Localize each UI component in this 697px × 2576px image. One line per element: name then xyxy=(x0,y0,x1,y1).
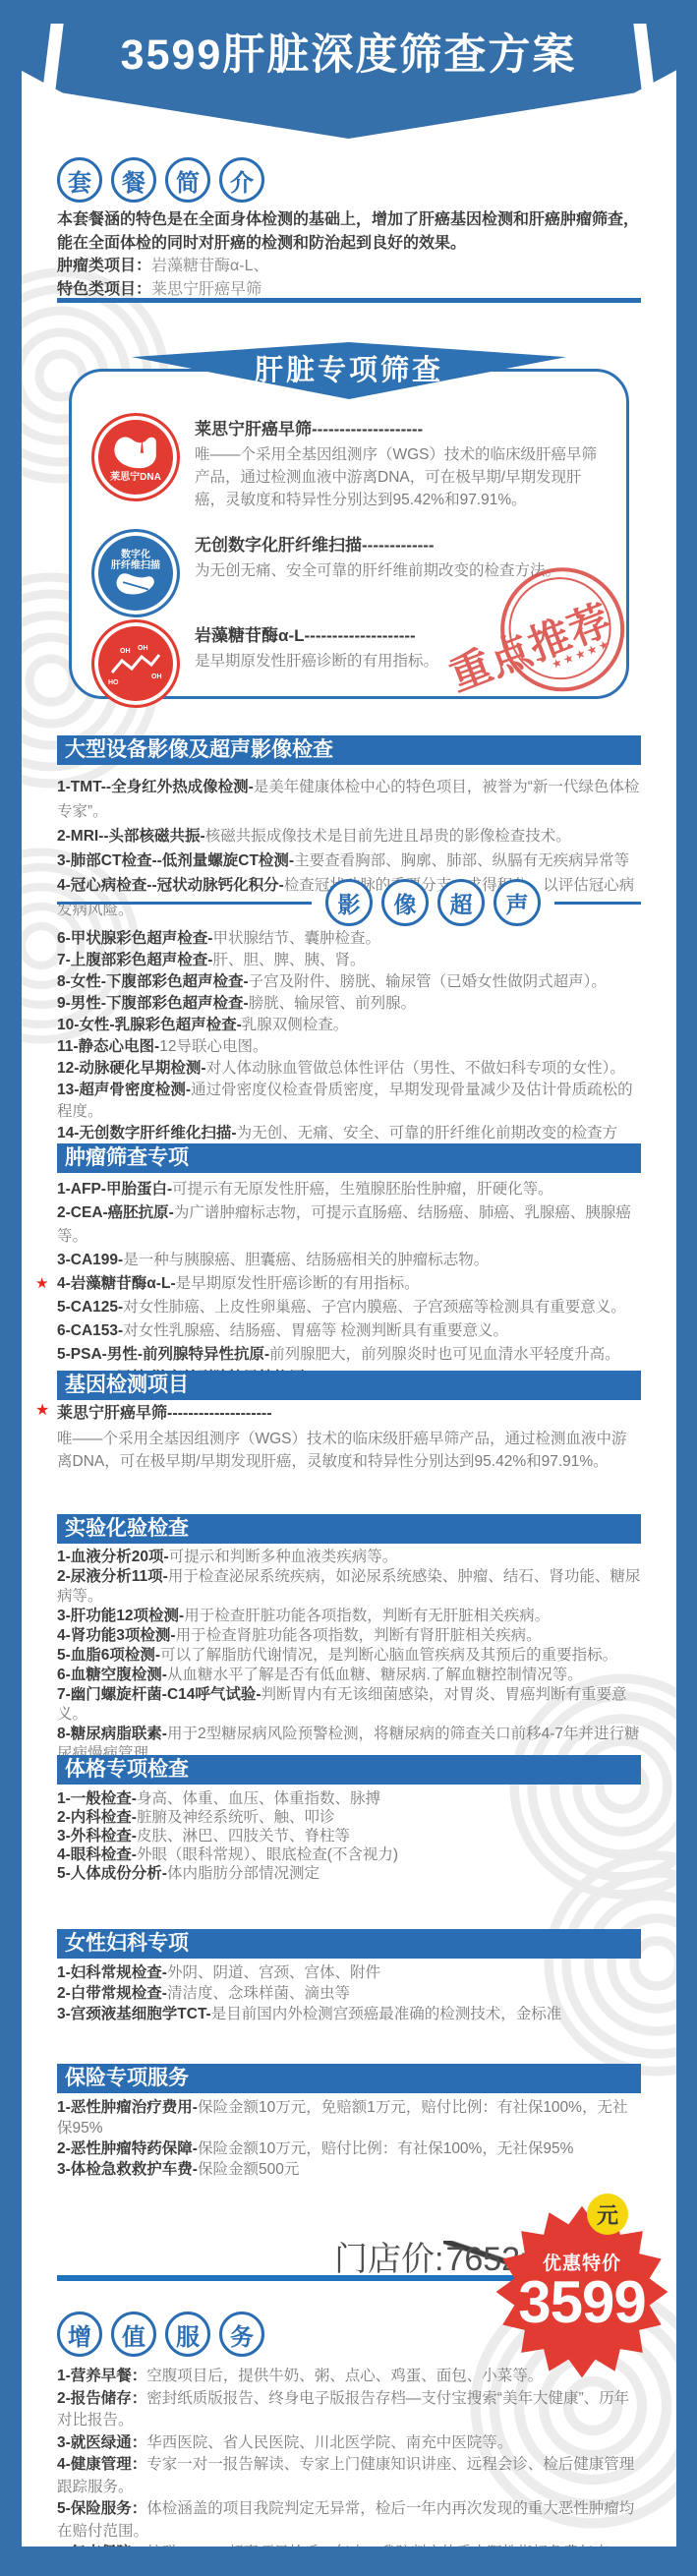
item-name: 4-眼科检查- xyxy=(57,1846,137,1863)
gene-heading: 莱思宁肝癌早筛-------------------- xyxy=(57,1405,272,1422)
item-name: 2-内科检查- xyxy=(57,1809,137,1826)
tumor-list: 1-AFP-甲胎蛋白-可提示有无原发性肝癌，生殖腺胚胎性肿瘤，肝硬化等。2-CE… xyxy=(57,1178,641,1390)
ultrasound-char-circle: 影 xyxy=(325,879,373,926)
item-name: 1-营养早餐： xyxy=(57,2368,146,2384)
svg-text:HO: HO xyxy=(108,679,119,686)
item-name: 5-保险服务： xyxy=(57,2500,146,2517)
liver-icon xyxy=(109,433,162,472)
list-item: 8-女性-下腹部彩色超声检查-子宫及附件、膀胱、输尿管（已婚女性做阴式超声）。 xyxy=(57,971,641,993)
item-description: 肝、胆、脾、胰、肾。 xyxy=(212,952,365,968)
list-item: 5-人体成份分析-体内脂肪分部情况测定 xyxy=(57,1864,641,1883)
item-name: 6-甲状腺彩色超声检查- xyxy=(57,930,212,947)
liver-item-text: 莱思宁肝癌早筛-------------------- 唯——个采用全基因组测序… xyxy=(195,413,603,511)
section-header-physical: 体格专项检查 xyxy=(57,1755,641,1785)
item-description: 前列腺肥大，前列腺炎时也可见血清水平轻度升高。 xyxy=(269,1346,620,1363)
tumor-items-label: 肿瘤类项目： xyxy=(57,258,151,274)
star-marker: ★ xyxy=(35,1400,49,1420)
item-description: 是早期原发性肝癌诊断的有用指标。 xyxy=(176,1275,420,1292)
list-item: 3-体检急救救护车费-保险金额500元 xyxy=(57,2159,641,2180)
intro-char-circle: 套 xyxy=(57,157,102,203)
value-added-char-circle: 服 xyxy=(165,2312,210,2357)
list-item: 4-健康管理：专家一对一报告解读、专家上门健康知识讲座、远程会诊、检后健康管理跟… xyxy=(57,2454,641,2498)
list-item: 7-上腹部彩色超声检查-肝、胆、脾、胰、肾。 xyxy=(57,950,641,971)
item-description: 从血糖水平了解是否有低血糖、糖尿病.了解血糖控制情况等。 xyxy=(167,1667,583,1683)
item-description: 甲状腺结节、囊肿检查。 xyxy=(212,930,380,947)
list-item: 1-AFP-甲胎蛋白-可提示有无原发性肝癌，生殖腺胚胎性肿瘤，肝硬化等。 xyxy=(57,1178,641,1201)
list-item: 2-报告储存：密封纸质版报告、终身电子版报告存档—支付宝搜索“美年大健康”、历年… xyxy=(57,2388,641,2432)
intro-divider xyxy=(57,298,641,303)
molecule-icon: OH OH OH HO xyxy=(108,641,163,686)
list-item: 5-血脂6项检测-可以了解脂肪代谢情况，是判断心脑血管疾病及其预后的重要指标。 xyxy=(57,1646,641,1666)
list-item: 6-CA153-对女性乳腺癌、结肠癌、胃癌等 检测判断具有重要意义。 xyxy=(57,1319,641,1343)
item-name: 8-糖尿病脂联素- xyxy=(57,1726,167,1742)
icon-caption: 肝纤维扫描 xyxy=(111,560,160,571)
list-item: 10-女性-乳腺彩色超声检查-乳腺双侧检查。 xyxy=(57,1015,641,1036)
item-name: 3-肝功能12项检测- xyxy=(57,1608,184,1624)
special-price-badge: 优惠特价 3599 元 xyxy=(492,2201,672,2382)
liver-panel-row: 莱思宁DNA 莱思宁肝癌早筛-------------------- 唯——个采… xyxy=(91,413,603,511)
liver-item-title: 岩藻糖苷酶α-L-------------------- xyxy=(195,621,438,646)
item-description: 保险金额500元 xyxy=(198,2161,299,2178)
page-title: 3599肝脏深度筛查方案 xyxy=(0,0,697,82)
insurance-list: 1-恶性肿瘤治疗费用-保险金额10万元，免赔额1万元，赔付比例：有社保100%，… xyxy=(57,2097,641,2180)
item-name: 6-血糖空腹检测- xyxy=(57,1667,167,1683)
physical-list: 1-一般检查-身高、体重、血压、体重指数、脉搏2-内科检查-脏腑及神经系统听、触… xyxy=(57,1789,641,1883)
item-name: 3-CA199- xyxy=(57,1252,123,1268)
liver-panel-title: 肝脏专项筛查 xyxy=(255,348,443,388)
item-name: 2-尿液分析11项- xyxy=(57,1568,168,1585)
gene-block: ★莱思宁肝癌早筛-------------------- 唯——个采用全基因组测… xyxy=(57,1400,641,1473)
icon-caption: 数字化 xyxy=(121,550,150,560)
item-name: 14-无创数字肝纤维化扫描- xyxy=(57,1125,237,1142)
item-name: 2-MRI--头部核磁共振- xyxy=(57,828,205,845)
item-description: 脏腑及神经系统听、触、叩诊 xyxy=(137,1809,335,1826)
item-description: 用于检查肝脏功能各项指数，判断有无肝脏相关疾病。 xyxy=(184,1608,550,1624)
item-name: 5-血脂6项检测- xyxy=(57,1647,160,1664)
item-name: 8-女性-下腹部彩色超声检查- xyxy=(57,973,249,990)
content-layer: 套餐简介 本套餐涵的特色是在全面身体检测的基础上，增加了肝癌基因检测和肝癌肿瘤筛… xyxy=(22,22,676,2547)
list-item: 11-静态心电图-12导联心电图。 xyxy=(57,1036,641,1058)
liver-item-text: 岩藻糖苷酶α-L-------------------- 是早期原发性肝癌诊断的… xyxy=(195,619,438,673)
item-description: 用于检查肾脏功能各项指数，判断有肾肝脏相关疾病。 xyxy=(176,1627,542,1644)
item-name: 1-妇科常规检查- xyxy=(57,1964,167,1981)
item-description: 华西医院、省人民医院、川北医学院、南充中医院等。 xyxy=(146,2434,512,2451)
item-name: 4-健康管理： xyxy=(57,2456,146,2473)
section-header-gyn: 女性妇科专项 xyxy=(57,1929,641,1959)
item-name: 2-CEA-癌胚抗原- xyxy=(57,1204,174,1221)
list-item: 1-一般检查-身高、体重、血压、体重指数、脉搏 xyxy=(57,1789,641,1808)
liver-panel-row: 数字化 肝纤维扫描 无创数字化肝纤维扫描------------- 为无创无痛、… xyxy=(91,529,603,617)
section-header-insurance: 保险专项服务 xyxy=(57,2064,641,2093)
list-item: 2-白带常规检查-清洁度、念珠样菌、滴虫等 xyxy=(57,1983,641,2004)
item-description: 对人体动脉血管做总体性评估（男性、不做妇科专项的女性）。 xyxy=(206,1060,625,1077)
item-description: 是目前国内外检测宫颈癌最准确的检测技术，金标准 xyxy=(211,2006,562,2022)
list-item: 1-血液分析20项-可提示和判断多种血液类疾病等。 xyxy=(57,1548,641,1567)
tumor-items-line: 肿瘤类项目：岩藻糖苷酶α-L、 xyxy=(57,255,641,278)
item-description: 皮肤、淋巴、四肢关节、脊柱等 xyxy=(137,1828,350,1844)
item-name: 2-恶性肿瘤特药保障- xyxy=(57,2140,198,2157)
ultrasound-char-circle: 声 xyxy=(494,879,541,926)
list-item: 2-恶性肿瘤特药保障-保险金额10万元，赔付比例：有社保100%，无社保95% xyxy=(57,2138,641,2159)
package-intro-badge: 套餐简介 xyxy=(57,157,641,203)
item-name: 12-动脉硬化早期检测- xyxy=(57,1060,206,1077)
svg-text:OH: OH xyxy=(151,673,162,680)
liver-panel-row: OH OH OH HO 岩藻糖苷酶α-L--------------------… xyxy=(91,619,603,708)
list-item: 5-CA125-对女性肺癌、上皮性卵巢癌、子宫内膜癌、子宫颈癌等检测具有重要意义… xyxy=(57,1296,641,1319)
item-description: 主要查看胸部、胸廓、肺部、纵膈有无疾病异常等 xyxy=(294,852,629,869)
ultrasound-char-circle: 超 xyxy=(437,879,485,926)
item-description: 身高、体重、血压、体重指数、脉搏 xyxy=(137,1790,380,1807)
ultrasound-badge: 影像超声 xyxy=(325,879,541,926)
liver-item-text: 无创数字化肝纤维扫描------------- 为无创无痛、安全可靠的肝纤维前期… xyxy=(195,529,560,582)
list-item: 1-TMT--全身红外热成像检测-是美年健康体检中心的特色项目，被誉为“新一代绿… xyxy=(57,775,641,824)
fibroscan-icon: 数字化 肝纤维扫描 xyxy=(91,529,180,617)
list-item: 3-CA199-是一种与胰腺癌、胆囊癌、结肠癌相关的肿瘤标志物。 xyxy=(57,1249,641,1272)
item-name: 4-肾功能3项检测- xyxy=(57,1627,176,1644)
item-description: 乳腺双侧检查。 xyxy=(242,1017,349,1033)
laisining-dna-liver-icon: 莱思宁DNA xyxy=(91,413,180,501)
lab-list: 1-血液分析20项-可提示和判断多种血液类疾病等。2-尿液分析11项-用于检查泌… xyxy=(57,1548,641,1784)
ultrasound-char-circle: 像 xyxy=(381,879,429,926)
svg-text:OH: OH xyxy=(138,645,148,652)
item-description: 核磁、CT、超声项目检后一年内，我院判定的重大阳性指标免费复查。 xyxy=(146,2545,624,2547)
list-item: 4-肾功能3项检测-用于检查肾脏功能各项指数，判断有肾肝脏相关疾病。 xyxy=(57,1626,641,1646)
item-name: 5-CA125- xyxy=(57,1299,123,1316)
item-name: 1-TMT--全身红外热成像检测- xyxy=(57,779,254,795)
item-description: 是一种与胰腺癌、胆囊癌、结肠癌相关的肿瘤标志物。 xyxy=(123,1252,489,1268)
item-name: 3-肺部CT检查--低剂量螺旋CT检测- xyxy=(57,852,294,869)
item-name: 1-一般检查- xyxy=(57,1790,137,1807)
list-item: 7-幽门螺旋杆菌-C14呼气试验-判断胃内有无该细菌感染，对胃炎、胃癌判断有重要… xyxy=(57,1685,641,1725)
item-name: 3-外科检查- xyxy=(57,1828,137,1844)
list-item: 3-肺部CT检查--低剂量螺旋CT检测-主要查看胸部、胸廓、肺部、纵膈有无疾病异… xyxy=(57,849,641,873)
item-name: 6-CA153- xyxy=(57,1322,123,1339)
liver-item-body: 唯——个采用全基因组测序（WGS）技术的临床级肝癌早筛产品，通过检测血液中游离D… xyxy=(195,443,603,511)
list-item: 5-保险服务：体检涵盖的项目我院判定无异常，检后一年内再次发现的重大恶性肿瘤均在… xyxy=(57,2498,641,2543)
list-item: 6-复查保障：核磁、CT、超声项目检后一年内，我院判定的重大阳性指标免费复查。 xyxy=(57,2543,641,2547)
item-name: 3-体检急救救护车费- xyxy=(57,2161,198,2178)
store-price-label: 门店价: xyxy=(334,2241,443,2278)
feature-items-value: 莱思宁肝癌早筛 xyxy=(151,281,261,298)
list-item: 3-外科检查-皮肤、淋巴、四肢关节、脊柱等 xyxy=(57,1827,641,1845)
item-name: 1-AFP-甲胎蛋白- xyxy=(57,1181,172,1198)
item-name: 3-就医绿通： xyxy=(57,2434,146,2451)
list-item: 2-CEA-癌胚抗原-为广谱肿瘤标志物，可提示直肠癌、结肠癌、肺癌、乳腺癌、胰腺… xyxy=(57,1201,641,1249)
list-item: 6-甲状腺彩色超声检查-甲状腺结节、囊肿检查。 xyxy=(57,928,641,950)
item-description: 12导联心电图。 xyxy=(159,1038,267,1055)
item-name: 6-复查保障： xyxy=(57,2545,146,2547)
feature-items-label: 特色类项目： xyxy=(57,281,151,298)
item-description: 对女性乳腺癌、结肠癌、胃癌等 检测判断具有重要意义。 xyxy=(123,1322,508,1339)
item-name: 1-血液分析20项- xyxy=(57,1549,169,1565)
intro-char-circle: 简 xyxy=(165,157,210,203)
list-item: 13-超声骨密度检测-通过骨密度仪检查骨质密度，早期发现骨量减少及估计骨质疏松的… xyxy=(57,1080,641,1123)
gene-item-body: 唯——个采用全基因组测序（WGS）技术的临床级肝癌早筛产品，通过检测血液中游离D… xyxy=(57,1428,641,1473)
list-item: 2-内科检查-脏腑及神经系统听、触、叩诊 xyxy=(57,1808,641,1827)
liver-item-title: 无创数字化肝纤维扫描------------- xyxy=(195,531,560,556)
item-name: 10-女性-乳腺彩色超声检查- xyxy=(57,1017,242,1033)
item-description: 膀胱、输尿管、前列腺。 xyxy=(249,995,417,1012)
list-item: 6-血糖空腹检测-从血糖水平了解是否有低血糖、糖尿病.了解血糖控制情况等。 xyxy=(57,1666,641,1685)
ultrasound-list: 6-甲状腺彩色超声检查-甲状腺结节、囊肿检查。7-上腹部彩色超声检查-肝、胆、脾… xyxy=(57,928,641,1166)
item-description: 核磁共振成像技术是目前先进且昂贵的影像检查技术。 xyxy=(205,828,571,845)
badge-unit-yuan: 元 xyxy=(587,2194,628,2235)
divider-line xyxy=(57,902,312,905)
gyn-list: 1-妇科常规检查-外阴、阴道、宫颈、宫体、附件2-白带常规检查-清洁度、念珠样菌… xyxy=(57,1962,641,2024)
item-description: 对女性肺癌、上皮性卵巢癌、子宫内膜癌、子宫颈癌等检测具有重要意义。 xyxy=(123,1299,626,1316)
gene-item-title: ★莱思宁肝癌早筛-------------------- xyxy=(57,1400,641,1423)
item-name: 2-白带常规检查- xyxy=(57,1985,167,2002)
list-item: 2-尿液分析11项-用于检查泌尿系统疾病，如泌尿系统感染、肿瘤、结石、肾功能、糖… xyxy=(57,1567,641,1607)
item-name: 2-报告储存： xyxy=(57,2390,146,2407)
fucosidase-molecule-icon: OH OH OH HO xyxy=(91,619,180,708)
star-marker: ★ xyxy=(35,1272,48,1296)
divider-line xyxy=(554,902,641,905)
item-description: 体内脂肪分部情况测定 xyxy=(167,1865,319,1882)
ultrasound-divider: 影像超声 xyxy=(57,879,641,926)
promo-poster: 套餐简介 本套餐涵的特色是在全面身体检测的基础上，增加了肝癌基因检测和肝癌肿瘤筛… xyxy=(0,0,697,2576)
item-name: 13-超声骨密度检测- xyxy=(57,1082,191,1098)
item-description: 子宫及附件、膀胱、输尿管（已婚女性做阴式超声）。 xyxy=(249,973,607,990)
package-intro: 本套餐涵的特色是在全面身体检测的基础上，增加了肝癌基因检测和肝癌肿瘤筛查，能在全… xyxy=(57,208,641,301)
section-header-lab: 实验化验检查 xyxy=(57,1514,641,1544)
list-item: 2-MRI--头部核磁共振-核磁共振成像技术是目前先进且昂贵的影像检查技术。 xyxy=(57,824,641,849)
list-item: 12-动脉硬化早期检测-对人体动脉血管做总体性评估（男性、不做妇科专项的女性）。 xyxy=(57,1058,641,1080)
item-description: 可提示有无原发性肝癌，生殖腺胚胎性肿瘤，肝硬化等。 xyxy=(172,1181,553,1198)
list-item: 9-男性-下腹部彩色超声检查-膀胱、输尿管、前列腺。 xyxy=(57,993,641,1015)
item-name: 9-男性-下腹部彩色超声检查- xyxy=(57,995,249,1012)
item-name: 5-人体成份分析- xyxy=(57,1865,167,1882)
section-header-gene: 基因检测项目 xyxy=(57,1371,641,1400)
list-item: 1-恶性肿瘤治疗费用-保险金额10万元，免赔额1万元，赔付比例：有社保100%，… xyxy=(57,2097,641,2138)
list-item: 3-宫颈液基细胞学TCT-是目前国内外检测宫颈癌最准确的检测技术，金标准 xyxy=(57,2004,641,2024)
item-name: 11-静态心电图- xyxy=(57,1038,159,1055)
item-name: 5-PSA-男性-前列腺特异性抗原- xyxy=(57,1346,269,1363)
liver-screening-panel: 肝脏专项筛查 莱思宁DNA 莱思宁肝癌早筛-------------------… xyxy=(69,369,629,699)
content-card: 套餐简介 本套餐涵的特色是在全面身体检测的基础上，增加了肝癌基因检测和肝癌肿瘤筛… xyxy=(22,22,676,2547)
liver-item-body: 是早期原发性肝癌诊断的有用指标。 xyxy=(195,650,438,673)
intro-char-circle: 介 xyxy=(219,157,264,203)
item-description: 空腹项目后，提供牛奶、粥、点心、鸡蛋、面包、小菜等。 xyxy=(146,2368,543,2384)
value-added-char-circle: 务 xyxy=(219,2312,264,2357)
item-name: 1-恶性肿瘤治疗费用- xyxy=(57,2099,198,2116)
badge-price: 3599 xyxy=(492,2268,672,2336)
liver-item-title: 莱思宁肝癌早筛-------------------- xyxy=(195,415,603,439)
list-item: 3-就医绿通：华西医院、省人民医院、川北医学院、南充中医院等。 xyxy=(57,2432,641,2455)
value-added-char-circle: 增 xyxy=(57,2312,102,2357)
item-name: 7-幽门螺旋杆菌-C14呼气试验- xyxy=(57,1686,261,1703)
icon-caption: 莱思宁DNA xyxy=(110,472,161,483)
value-added-char-circle: 值 xyxy=(111,2312,156,2357)
liver-scan-icon xyxy=(114,571,157,597)
item-name: 7-上腹部彩色超声检查- xyxy=(57,952,212,968)
svg-text:OH: OH xyxy=(120,648,131,655)
liver-panel-ribbon: 肝脏专项筛查 xyxy=(132,342,566,399)
tumor-items-value: 岩藻糖苷酶α-L、 xyxy=(151,258,268,274)
item-description: 可提示和判断多种血液类疾病等。 xyxy=(169,1549,398,1565)
value-added-list: 1-营养早餐：空腹项目后，提供牛奶、粥、点心、鸡蛋、面包、小菜等。2-报告储存：… xyxy=(57,2366,641,2547)
item-description: 外眼（眼科常规）、眼底检查(不含视力) xyxy=(137,1846,398,1863)
list-item: 1-妇科常规检查-外阴、阴道、宫颈、宫体、附件 xyxy=(57,1962,641,1983)
section-header-imaging: 大型设备影像及超声影像检查 xyxy=(57,735,641,765)
item-name: 3-宫颈液基细胞学TCT- xyxy=(57,2006,211,2022)
list-item: 4-眼科检查-外眼（眼科常规）、眼底检查(不含视力) xyxy=(57,1845,641,1864)
item-name: 4-岩藻糖苷酶α-L- xyxy=(57,1275,176,1292)
item-description: 清洁度、念珠样菌、滴虫等 xyxy=(167,1985,350,2002)
item-description: 可以了解脂肪代谢情况，是判断心脑血管疾病及其预后的重要指标。 xyxy=(160,1647,617,1664)
liver-item-body: 为无创无痛、安全可靠的肝纤维前期改变的检查方法。 xyxy=(195,559,560,582)
list-item: ★4-岩藻糖苷酶α-L-是早期原发性肝癌诊断的有用指标。 xyxy=(57,1272,641,1296)
section-header-tumor: 肿瘤筛查专项 xyxy=(57,1143,641,1173)
item-description: 外阴、阴道、宫颈、宫体、附件 xyxy=(167,1964,380,1981)
item-description: 保险金额10万元，赔付比例：有社保100%，无社保95% xyxy=(198,2140,573,2157)
list-item: 3-肝功能12项检测-用于检查肝脏功能各项指数，判断有无肝脏相关疾病。 xyxy=(57,1607,641,1626)
intro-paragraph: 本套餐涵的特色是在全面身体检测的基础上，增加了肝癌基因检测和肝癌肿瘤筛查，能在全… xyxy=(57,208,641,255)
list-item: 5-PSA-男性-前列腺特异性抗原-前列腺肥大，前列腺炎时也可见血清水平轻度升高… xyxy=(57,1343,641,1367)
intro-char-circle: 餐 xyxy=(111,157,156,203)
